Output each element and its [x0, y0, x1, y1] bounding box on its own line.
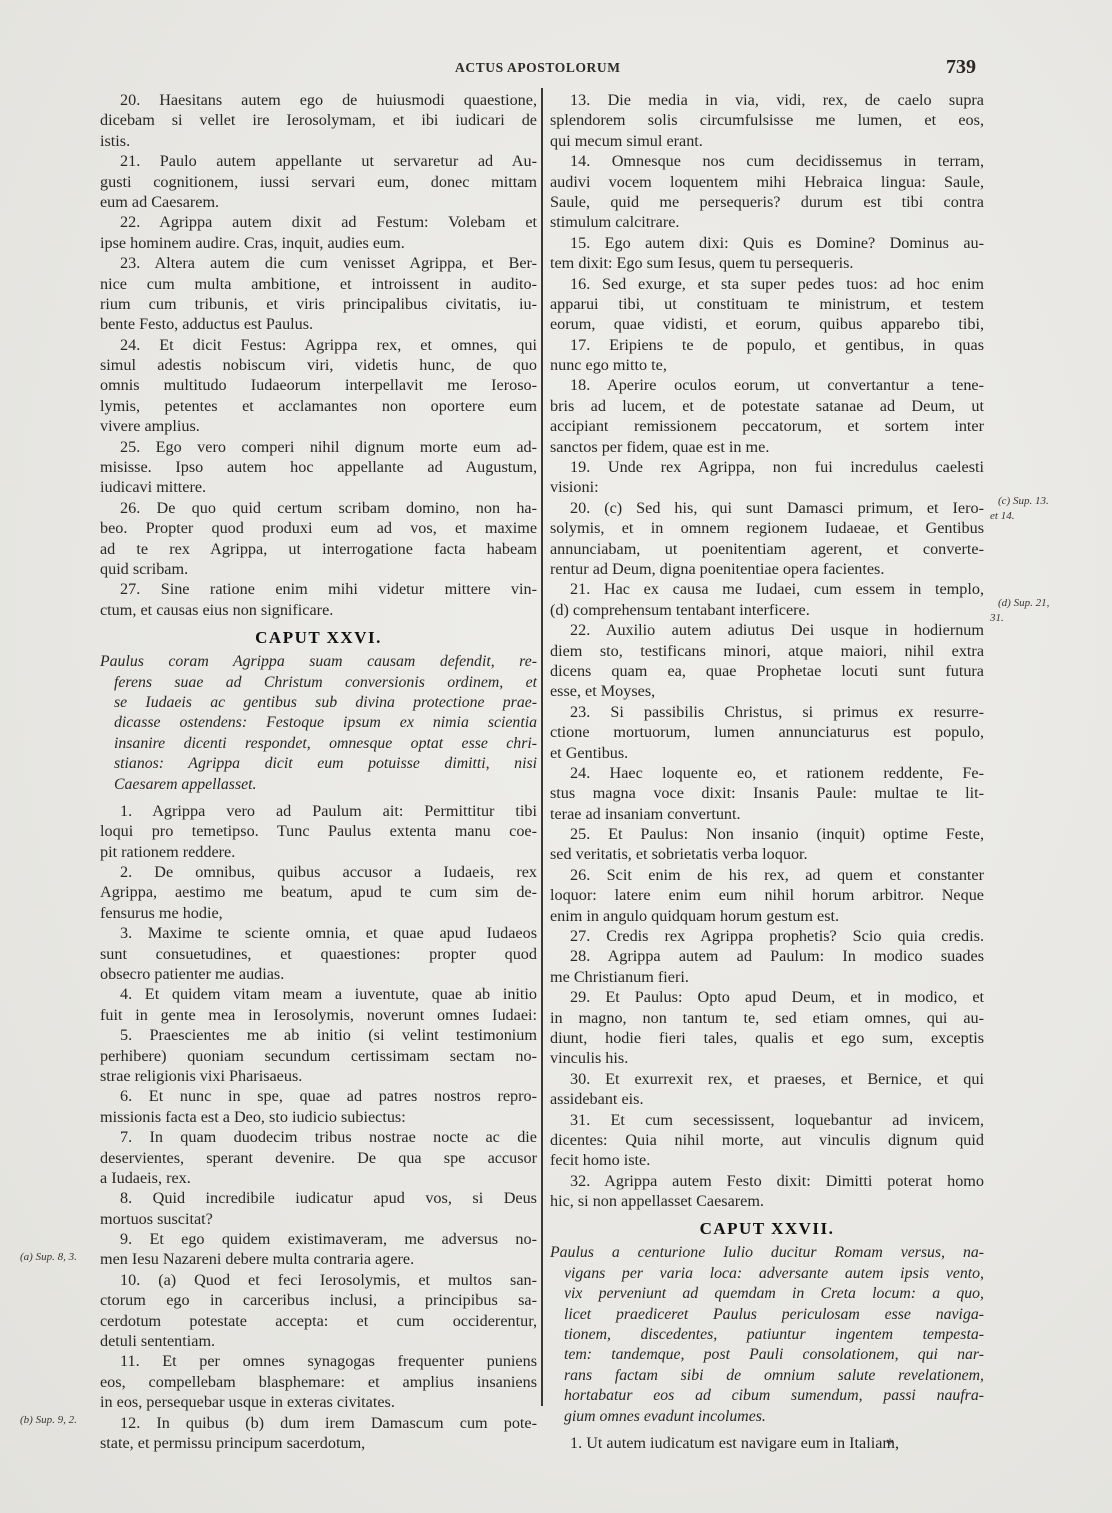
text-line: 12. In quibus (b) dum irem Damascum cum … [100, 1413, 537, 1433]
text-line: ctorum ego in carceribus inclusi, a prin… [100, 1290, 537, 1310]
text-line: deservientes, sperant devenire. De qua s… [100, 1148, 537, 1168]
text-line: ipse hominem audire. Cras, inquit, audie… [100, 233, 537, 253]
text-line: cerdotum potestate accepta: et cum occid… [100, 1311, 537, 1331]
text-line: 31. Et cum secessissent, loquebantur ad … [550, 1110, 984, 1130]
text-line: nice cum multa ambitione, et introissent… [100, 274, 537, 294]
text-line: in eos, persequebar usque in exteras civ… [100, 1392, 537, 1412]
text-line: 30. Et exurrexit rex, et praeses, et Ber… [550, 1069, 984, 1089]
text-line: sunt consuetudines, et quaestiones: prop… [100, 944, 537, 964]
text-line: 24. Haec loquente eo, et rationem redden… [550, 763, 984, 783]
text-line: vigans per varia loca: adversante autem … [550, 1264, 984, 1284]
text-line: 29. Et Paulus: Opto apud Deum, et in mod… [550, 987, 984, 1007]
text-line: ferens suae ad Christum conversionis ord… [100, 673, 537, 693]
text-line: missionis facta est a Deo, sto iudicio s… [100, 1107, 537, 1127]
text-line: tem dixit: Ego sum Iesus, quem tu perseq… [550, 253, 984, 273]
left-column: 20. Haesitans autem ego de huiusmodi qua… [100, 90, 537, 1453]
text-line: strae religionis vixi Pharisaeus. [100, 1066, 537, 1086]
text-line: terae ad insaniam convertunt. [550, 804, 984, 824]
chapter-26-verses-left: 1. Agrippa vero ad Paulum ait: Permittit… [100, 801, 537, 1454]
text-line: tionem, discedentes, patiuntur ingentem … [550, 1325, 984, 1345]
text-line: 17. Eripiens te de populo, et gentibus, … [550, 335, 984, 355]
text-line: 23. Si passibilis Christus, si primus ex… [550, 702, 984, 722]
text-line: se Iudaeis ac gentibus sub divina protec… [100, 693, 537, 713]
text-line: simul adestis nobiscum viri, videtis hun… [100, 355, 537, 375]
text-line: vix perveniunt ad quemdam in Creta locum… [550, 1284, 984, 1304]
text-line: ctione mortuorum, lumen annunciaturus es… [550, 722, 984, 742]
text-line: qui mecum simul erant. [550, 131, 984, 151]
text-line: 27. Credis rex Agrippa prophetis? Scio q… [550, 926, 984, 946]
text-line: eorum, quae vidisti, et eorum, quibus ap… [550, 314, 984, 334]
text-line: diunt, hodie fieri tales, qualis et ego … [550, 1028, 984, 1048]
text-line: dicentes: Quia nihil morte, aut vinculis… [550, 1130, 984, 1150]
text-line: licet praediceret Paulus periculosam ess… [550, 1305, 984, 1325]
column-divider [541, 88, 543, 1406]
chapter-27-summary: Paulus a centurione Iulio ducitur Romam … [550, 1243, 984, 1427]
text-line: visioni: [550, 477, 984, 497]
margin-note-d: (d) Sup. 21, [998, 597, 1049, 609]
text-line: 19. Unde rex Agrippa, non fui incredulus… [550, 457, 984, 477]
text-line: sanctos per fidem, quae est in me. [550, 437, 984, 457]
text-line: accipiant remissionem peccatorum, et sor… [550, 416, 984, 436]
text-line: loqui pro temetipso. Tunc Paulus extenta… [100, 821, 537, 841]
text-line: et Gentibus. [550, 743, 984, 763]
text-line: vivere amplius. [100, 416, 537, 436]
text-line: fensurus me hodie, [100, 903, 537, 923]
text-line: istis. [100, 131, 537, 151]
text-line: dicasse ostendens: Festoque ipsum ex nim… [100, 713, 537, 733]
text-line: me Christianum fieri. [550, 967, 984, 987]
text-line: bente Festo, adductus est Paulus. [100, 314, 537, 334]
text-line: rans factam sibi de omnium salute revela… [550, 1366, 984, 1386]
text-line: audivi vocem loquentem mihi Hebraica lin… [550, 172, 984, 192]
text-line: 32. Agrippa autem Festo dixit: Dimitti p… [550, 1171, 984, 1191]
text-line: obsecro patienter me audias. [100, 964, 537, 984]
text-line: 5. Praescientes me ab initio (si velint … [100, 1025, 537, 1045]
text-line: nunc ego mitto te, [550, 355, 984, 375]
text-line: 20. (c) Sed his, qui sunt Damasci primum… [550, 498, 984, 518]
text-line: (d) comprehensum tentabant interficere. [550, 600, 984, 620]
margin-note-b: (b) Sup. 9, 2. [20, 1414, 77, 1426]
text-line: detuli sententiam. [100, 1331, 537, 1351]
text-line: 22. Auxilio autem adiutus Dei usque in h… [550, 620, 984, 640]
text-line: Saule, quid me persequeris? durum est ti… [550, 192, 984, 212]
chapter-26-summary: Paulus coram Agrippa suam causam defendi… [100, 652, 537, 795]
page-number: 739 [946, 56, 976, 79]
text-line: mortuos suscitat? [100, 1209, 537, 1229]
text-line: 25. Ego vero comperi nihil dignum morte … [100, 437, 537, 457]
text-line: rentur ad Deum, digna poenitentiae opera… [550, 559, 984, 579]
chapter-26-heading: CAPUT XXVI. [100, 620, 537, 652]
text-line: 1. Agrippa vero ad Paulum ait: Permittit… [100, 801, 537, 821]
text-line: stus magna voce dixit: Insanis Paule: mu… [550, 783, 984, 803]
text-line: splendorem solis circumfulsisse me lumen… [550, 110, 984, 130]
text-line: in magno, non tantum te, sed etiam omnes… [550, 1008, 984, 1028]
text-line: Paulus a centurione Iulio ducitur Romam … [550, 1243, 984, 1263]
text-line: fecit homo iste. [550, 1150, 984, 1170]
text-line: enim in angulo quidquam horum gestum est… [550, 906, 984, 926]
text-line: 9. Et ego quidem existimaveram, me adver… [100, 1229, 537, 1249]
text-line: vinculis his. [550, 1048, 984, 1068]
text-line: 14. Omnesque nos cum decidissemus in ter… [550, 151, 984, 171]
text-line: 27. Sine ratione enim mihi videtur mitte… [100, 579, 537, 599]
text-line: sed veritatis, et sobrietatis verba loqu… [550, 844, 984, 864]
text-line: 24. Et dicit Festus: Agrippa rex, et omn… [100, 335, 537, 355]
chapter-27-verses: 1. Ut autem iudicatum est navigare eum i… [550, 1433, 984, 1453]
text-line: bris ad lucem, et de potestate satanae a… [550, 396, 984, 416]
text-line: 28. Agrippa autem ad Paulum: In modico s… [550, 946, 984, 966]
text-line: lymis, petentes et acclamantes non oport… [100, 396, 537, 416]
text-line: ctum, et causas eius non significare. [100, 600, 537, 620]
text-line: solymis, et in omnem regionem Iudaeae, e… [550, 518, 984, 538]
text-line: diem sto, testificans minori, atque maio… [550, 641, 984, 661]
running-title: ACTUS APOSTOLORUM [455, 60, 621, 76]
margin-note-c-cont: et 14. [990, 510, 1014, 522]
text-line: assidebant eis. [550, 1089, 984, 1109]
text-line: 10. (a) Quod et feci Ierosolymis, et mul… [100, 1270, 537, 1290]
text-line: 21. Hac ex causa me Iudaei, cum essem in… [550, 579, 984, 599]
text-line: eum ad Caesarem. [100, 192, 537, 212]
text-line: perhibere) quoniam secundum certissimam … [100, 1046, 537, 1066]
text-line: 2. De omnibus, quibus accusor a Iudaeis,… [100, 862, 537, 882]
text-line: hortabatur eos ad cibum sumendum, passi … [550, 1386, 984, 1406]
text-line: apparui tibi, ut constituam te ministrum… [550, 294, 984, 314]
text-line: omnis multitudo Iudaeorum interpellavit … [100, 375, 537, 395]
right-column: 13. Die media in via, vidi, rex, de cael… [550, 90, 984, 1453]
text-line: insanire dicenti respondet, omnesque opt… [100, 734, 537, 754]
text-line: 22. Agrippa autem dixit ad Festum: Voleb… [100, 212, 537, 232]
chapter-26-verses-right: 13. Die media in via, vidi, rex, de cael… [550, 90, 984, 1211]
text-line: ad te rex Agrippa, ut interrogatione fac… [100, 539, 537, 559]
text-line: dicebam si vellet ire Ierosolymam, et ib… [100, 110, 537, 130]
text-line: stianos: Agrippa dicit eum potuisse dimi… [100, 754, 537, 774]
text-line: 26. De quo quid certum scribam domino, n… [100, 498, 537, 518]
text-line: annunciabam, ut poenitentiam agerent, et… [550, 539, 984, 559]
text-line: stimulum calcitrare. [550, 212, 984, 232]
text-line: 1. Ut autem iudicatum est navigare eum i… [550, 1433, 984, 1453]
text-line: state, et permissu principum sacerdotum, [100, 1433, 537, 1453]
text-line: esse, et Moyses, [550, 681, 984, 701]
text-line: gium omnes evadunt incolumes. [550, 1407, 984, 1427]
margin-note-c: (c) Sup. 13. [998, 495, 1049, 507]
text-line: 6. Et nunc in spe, quae ad patres nostro… [100, 1086, 537, 1106]
margin-note-a: (a) Sup. 8, 3. [20, 1251, 77, 1263]
text-line: 15. Ego autem dixi: Quis es Domine? Domi… [550, 233, 984, 253]
text-line: 23. Altera autem die cum venisset Agripp… [100, 253, 537, 273]
text-line: iudicavi mittere. [100, 477, 537, 497]
text-line: dicens quam ea, quae Prophetae locuti su… [550, 661, 984, 681]
text-line: 7. In quam duodecim tribus nostrae nocte… [100, 1127, 537, 1147]
text-line: 4. Et quidem vitam meam a iuventute, qua… [100, 984, 537, 1004]
chapter-25-end: 20. Haesitans autem ego de huiusmodi qua… [100, 90, 537, 620]
text-line: a Iudaeis, rex. [100, 1168, 537, 1188]
text-line: Agrippa, aestimo me beatum, apud te cum … [100, 882, 537, 902]
text-line: quid scribam. [100, 559, 537, 579]
chapter-27-heading: CAPUT XXVII. [550, 1211, 984, 1243]
signature-mark: * [886, 1436, 894, 1454]
text-line: 21. Paulo autem appellante ut servaretur… [100, 151, 537, 171]
text-line: 16. Sed exurge, et sta super pedes tuos:… [550, 274, 984, 294]
book-page: ACTUS APOSTOLORUM 739 20. Haesitans aute… [0, 0, 1112, 1513]
text-line: 8. Quid incredibile iudicatur apud vos, … [100, 1188, 537, 1208]
text-line: gusti cognitionem, iussi servari eum, do… [100, 172, 537, 192]
margin-note-d-cont: 31. [990, 612, 1004, 624]
text-line: fuit in gente mea in Ierosolymis, noveru… [100, 1005, 537, 1025]
text-line: beo. Propter quod produxi eum ad vos, et… [100, 518, 537, 538]
text-line: eos, compellebam blasphemare: et amplius… [100, 1372, 537, 1392]
text-line: tem: tandemque, post Pauli consolationem… [550, 1345, 984, 1365]
text-line: 11. Et per omnes synagogas frequenter pu… [100, 1351, 537, 1371]
text-line: men Iesu Nazareni debere multa contraria… [100, 1249, 537, 1269]
text-line: rium cum tribunis, et viris principalibu… [100, 294, 537, 314]
text-line: 13. Die media in via, vidi, rex, de cael… [550, 90, 984, 110]
text-line: loquor: latere enim eum nihil horum arbi… [550, 885, 984, 905]
text-line: 3. Maxime te sciente omnia, et quae apud… [100, 923, 537, 943]
text-line: 25. Et Paulus: Non insanio (inquit) opti… [550, 824, 984, 844]
text-line: Caesarem appellasset. [100, 775, 537, 795]
text-line: misisse. Ipso autem hoc appellante ad Au… [100, 457, 537, 477]
text-line: hic, si non appellasset Caesarem. [550, 1191, 984, 1211]
text-line: 26. Scit enim de his rex, ad quem et con… [550, 865, 984, 885]
text-line: 18. Aperire oculos eorum, ut convertantu… [550, 375, 984, 395]
text-line: Paulus coram Agrippa suam causam defendi… [100, 652, 537, 672]
text-line: 20. Haesitans autem ego de huiusmodi qua… [100, 90, 537, 110]
text-line: pit rationem reddere. [100, 842, 537, 862]
